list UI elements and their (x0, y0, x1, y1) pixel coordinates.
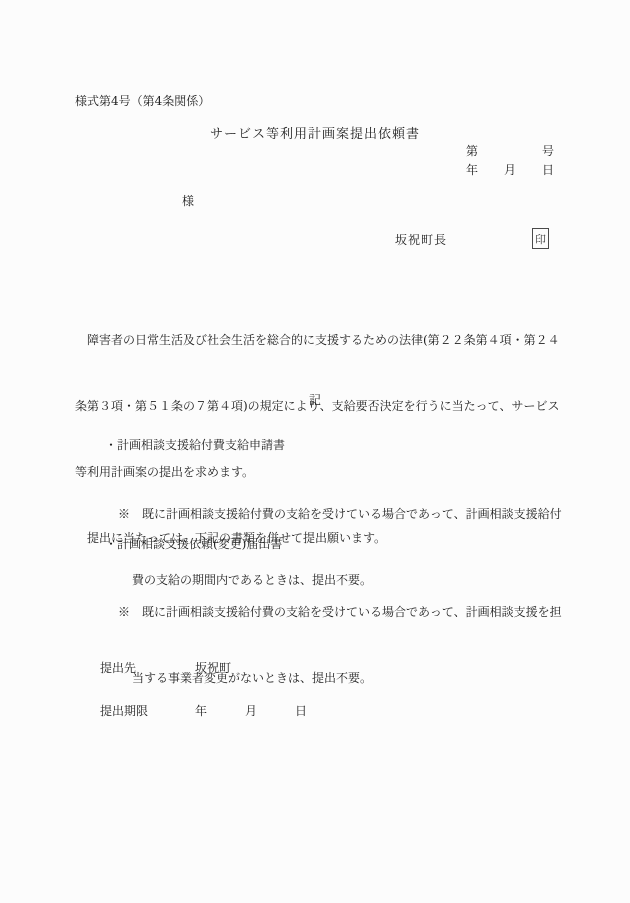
sender-name: 坂祝町長 (395, 231, 447, 248)
list-item-application-form: ・計画相談支援給付費支給申請書 (105, 436, 285, 453)
document-page: 様式第4号（第4条関係） サービス等利用計画案提出依頼書 第 号 年 月 日 様… (0, 0, 630, 903)
deadline-month-label: 月 (245, 702, 257, 719)
date-month-label: 月 (504, 161, 516, 178)
list-item-notification-form: ・計画相談支援依頼(変更)届出書 (105, 535, 282, 552)
doc-number-prefix: 第 (466, 142, 478, 159)
ki-section-heading: 記 (0, 391, 630, 408)
deadline-day-label: 日 (295, 702, 307, 719)
form-reference-number: 様式第4号（第4条関係） (75, 92, 210, 109)
document-title: サービス等利用計画案提出依頼書 (0, 123, 630, 142)
deadline-date-fields: 年 月 日 (195, 702, 307, 719)
body-line: 障害者の日常生活及び社会生活を総合的に支援するための法律(第２２条第４項・第２４ (75, 329, 560, 351)
date-year-label: 年 (466, 161, 478, 178)
date-day-label: 日 (542, 161, 554, 178)
doc-number-suffix: 号 (542, 142, 554, 159)
submit-to-value: 坂祝町 (195, 659, 231, 676)
note-line: ※ 既に計画相談支援給付費の支給を受けている場合であって、計画相談支援を担 (118, 601, 562, 623)
submit-to-label: 提出先 (100, 659, 136, 676)
document-date-line: 年 月 日 (466, 161, 554, 178)
list-item-note: ※ 既に計画相談支援給付費の支給を受けている場合であって、計画相談支援を担 当す… (118, 557, 562, 733)
seal-character: 印 (535, 231, 546, 247)
seal-placeholder-box: 印 (532, 228, 549, 249)
document-number-line: 第 号 (466, 142, 554, 159)
deadline-label: 提出期限 (100, 702, 148, 719)
note-line: ※ 既に計画相談支援給付費の支給を受けている場合であって、計画相談支援給付 (118, 503, 562, 525)
addressee-honorific: 様 (182, 192, 194, 209)
deadline-year-label: 年 (195, 702, 207, 719)
